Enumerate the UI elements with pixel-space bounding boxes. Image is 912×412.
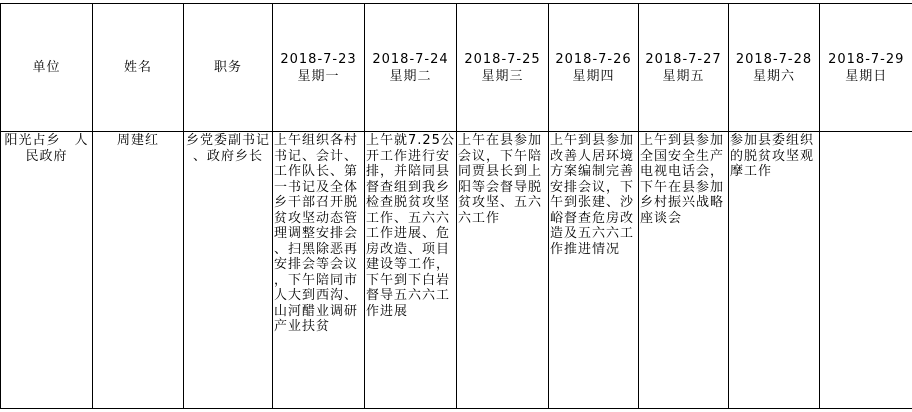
col-header-title: 职务 [184,4,273,132]
col-header-day-wednesday: 2018-7-25 星期三 [457,4,549,132]
cell-unit: 阳光占乡 人民政府 [1,132,93,409]
header-weekday: 星期一 [274,68,363,85]
header-date: 2018-7-28 [730,51,818,68]
col-header-day-thursday: 2018-7-26 星期四 [549,4,639,132]
cell-day-sunday [820,132,912,409]
col-header-day-sunday: 2018-7-29 星期日 [820,4,912,132]
cell-day-friday: 上午到县参加全国安全生产电视电话会，下午在县参加乡村振兴战略座谈会 [639,132,729,409]
col-header-day-tuesday: 2018-7-24 星期二 [365,4,457,132]
header-date: 2018-7-25 [458,51,547,68]
header-weekday: 星期二 [366,68,455,85]
col-header-unit: 单位 [1,4,93,132]
header-date: 2018-7-29 [821,51,912,68]
header-weekday: 星期五 [640,68,727,85]
work-schedule-table: 单位 姓名 职务 2018-7-23 星期一 2018-7-24 星期二 201… [0,3,912,409]
header-weekday: 星期三 [458,68,547,85]
schedule-row: 阳光占乡 人民政府 周建红 乡党委副书记、政府乡长 上午组织各村书记、会计、工作… [1,132,912,409]
header-row: 单位 姓名 职务 2018-7-23 星期一 2018-7-24 星期二 201… [1,4,912,132]
header-weekday: 星期六 [730,68,818,85]
cell-day-wednesday: 上午在县参加会议，下午陪同贾县长到上阳等会督导脱贫攻坚、五六六工作 [457,132,549,409]
cell-title: 乡党委副书记、政府乡长 [184,132,273,409]
cell-day-saturday: 参加县委组织的脱贫攻坚观摩工作 [729,132,820,409]
cell-name: 周建红 [93,132,184,409]
header-date: 2018-7-23 [274,51,363,68]
cell-day-tuesday: 上午就7.25公开工作进行安排，并陪同县督查组到我乡检查脱贫攻坚工作、五六六工作… [365,132,457,409]
header-weekday: 星期日 [821,68,912,85]
col-header-day-friday: 2018-7-27 星期五 [639,4,729,132]
col-header-name: 姓名 [93,4,184,132]
cell-day-monday: 上午组织各村书记、会计、工作队长、第一书记及全体乡干部召开脱贫攻坚动态管理调整安… [273,132,365,409]
header-weekday: 星期四 [550,68,637,85]
header-date: 2018-7-27 [640,51,727,68]
cell-day-thursday: 上午到县参加改善人居环境方案编制完善安排会议，下午到张建、沙峪督查危房改造及五六… [549,132,639,409]
col-header-day-monday: 2018-7-23 星期一 [273,4,365,132]
header-date: 2018-7-24 [366,51,455,68]
col-header-day-saturday: 2018-7-28 星期六 [729,4,820,132]
header-date: 2018-7-26 [550,51,637,68]
